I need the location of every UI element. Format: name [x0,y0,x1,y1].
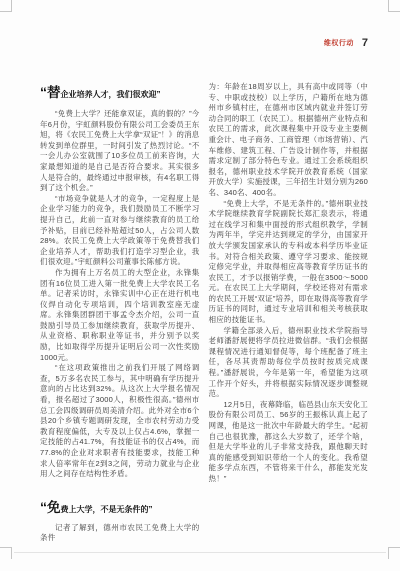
paragraph: “免费上大学？还能拿双证，真的假的？”今年6月份，宇虹颜料股份有限公司工会委员王… [40,109,200,194]
paragraph: “在这项政策推出之前我们开展了网络调查，5万多名农民工参与，其中明确有学历提升意… [40,363,200,480]
paragraph: 12月5日，夜幕降临，临邑县山东天安化工股份有限公司员工、56岁的王振栋认真上起… [209,400,369,485]
article-heading-2: “免费上大学，不是无条件的” [40,497,200,517]
page-number: 7 [362,37,368,49]
page-header: 维权行动 7 [324,37,368,49]
paragraph-continuation: 为：年龄在18周岁以上，具有高中或同等（中专、中职或技校）以上学历，户籍所在地为… [209,82,369,199]
heading1-text: 企业培养人才，我们很欢迎” [61,90,161,99]
heading2-open-quote: “ [40,499,47,515]
section-label: 维权行动 [324,38,354,48]
paragraph: “免费上大学，不是无条件的。”德州职业技术学院继续教育学院副院长郑汇泉表示，将通… [209,199,369,326]
paragraph: “市场竞争就是人才的竞争，一定程度上是企业学习能力的竞争，我们鼓励员工不断学习提… [40,194,200,268]
crop-mark-top-right [388,0,400,12]
bottom-margin-rule [14,552,386,553]
crop-mark-bottom-right [388,547,400,559]
crop-mark-bottom-left [0,547,12,559]
article-heading-1: “替企业培养人才，我们很欢迎” [40,82,200,102]
heading1-open-quote: “ [40,84,47,100]
paragraph: 学籍全部录入后，德州职业技术学院指导老师潘舒展便将学员拉进微信群。“我们会根据课… [209,326,369,400]
right-column: 为：年龄在18周岁以上，具有高中或同等（中专、中职或技校）以上学历，户籍所在地为… [209,82,369,544]
magazine-page: 维权行动 7 “替企业培养人才，我们很欢迎” “免费上大学？还能拿双证，真的假的… [0,0,400,571]
left-column: “替企业培养人才，我们很欢迎” “免费上大学？还能拿双证，真的假的？”今年6月份… [40,82,200,544]
paragraph: 记者了解到，德州市农民工免费上大学的条件 [40,523,200,544]
crop-mark-top-left [0,0,12,12]
heading2-dropcap: 免 [47,500,61,515]
article-columns: “替企业培养人才，我们很欢迎” “免费上大学？还能拿双证，真的假的？”今年6月份… [40,82,368,544]
heading2-text: 费上大学，不是无条件的” [61,505,153,514]
paragraph: 作为拥有上万名员工的大型企业，永锋集团有16位员工进入第一批免费上大学农民工名单… [40,268,200,363]
heading1-dropcap: 替 [47,85,61,100]
